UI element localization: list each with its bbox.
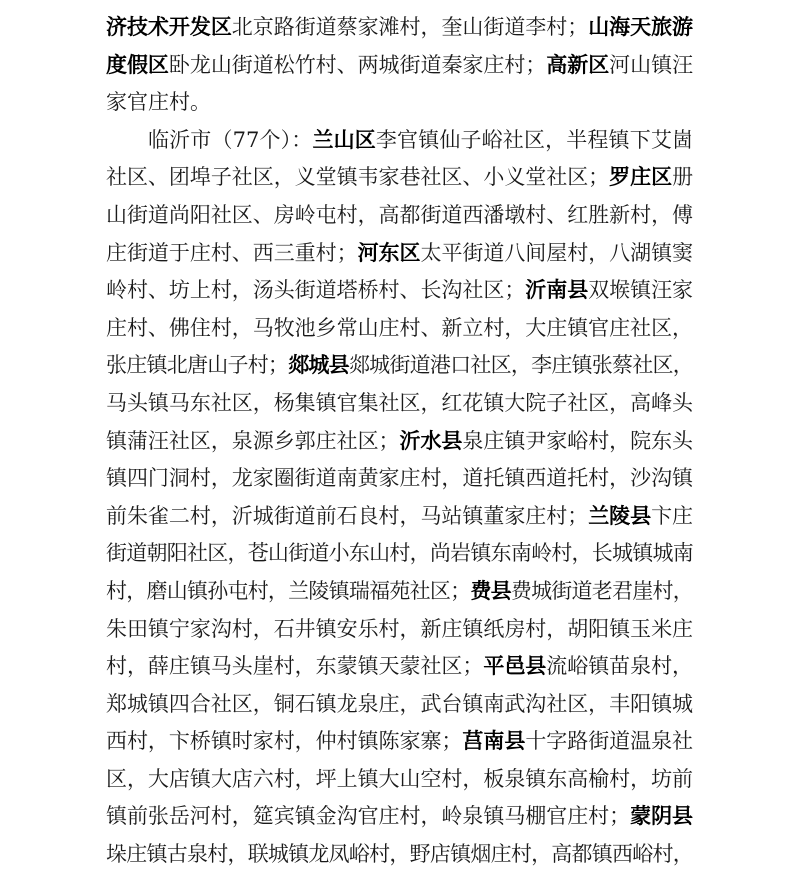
text-line: 度假区卧龙山街道松竹村、两城街道秦家庄村；高新区河山镇汪 <box>106 47 693 85</box>
village-list-text: 镇蒲汪社区，泉源乡郭庄社区； <box>106 429 400 453</box>
district-name: 河东区 <box>358 241 421 265</box>
document-page: 济技术开发区北京路街道蔡家滩村，奎山街道李村；山海天旅游度假区卧龙山街道松竹村、… <box>106 9 693 874</box>
text-line: 西村，卞桥镇时家村，仲村镇陈家寨；莒南县十字路街道温泉社 <box>106 723 693 761</box>
text-line: 朱田镇宁家沟村，石井镇安乐村，新庄镇纸房村，胡阳镇玉米庄 <box>106 611 693 649</box>
text-line: 家官庄村。 <box>106 84 693 122</box>
text-line: 村，磨山镇孙屯村，兰陵镇瑞福苑社区；费县费城街道老君崖村， <box>106 573 693 611</box>
village-list-text: 前朱雀二村，沂城街道前石良村，马站镇董家庄村； <box>106 504 588 528</box>
village-list-text: 太平街道八间屋村，八湖镇窦 <box>420 241 693 265</box>
district-name: 兰山区 <box>312 128 375 152</box>
district-name: 郯城县 <box>288 353 349 377</box>
village-list-text: 北京路街道蔡家滩村，奎山街道李村； <box>232 15 588 39</box>
text-line: 垛庄镇古泉村，联城镇龙凤峪村，野店镇烟庄村，高都镇西峪村， <box>106 836 693 874</box>
text-line: 马头镇马东社区，杨集镇官集社区，红花镇大院子社区，高峰头 <box>106 385 693 423</box>
village-list-text: 村，薛庄镇马头崖村，东蒙镇天蒙社区； <box>106 654 483 678</box>
district-name: 罗庄区 <box>609 165 672 189</box>
village-list-text: 费城街道老君崖村， <box>511 579 693 603</box>
village-list-text: 郯城街道港口社区，李庄镇张蔡社区， <box>349 353 693 377</box>
village-list-text: 山街道尚阳社区、房岭屯村，高都街道西潘墩村、红胜新村，傅 <box>106 203 693 227</box>
text-line: 区，大店镇大店六村，坪上镇大山空村，板泉镇东高榆村，坊前 <box>106 761 693 799</box>
village-list-text: 泉庄镇尹家峪村，院东头 <box>462 429 693 453</box>
village-list-text: 镇前张岳河村，筵宾镇金沟官庄村，岭泉镇马棚官庄村； <box>106 804 630 828</box>
village-list-text: 街道朝阳社区，苍山街道小东山村，尚岩镇东南岭村，长城镇城南 <box>106 541 693 565</box>
village-list-text: 马头镇马东社区，杨集镇官集社区，红花镇大院子社区，高峰头 <box>106 391 693 415</box>
village-list-text: 十字路街道温泉社 <box>525 729 693 753</box>
text-line: 郑城镇四合社区，铜石镇龙泉庄，武台镇南武沟社区，丰阳镇城 <box>106 686 693 724</box>
district-name: 高新区 <box>546 53 609 77</box>
village-list-text: 卧龙山街道松竹村、两城街道秦家庄村； <box>169 53 546 77</box>
text-line: 庄村、佛住村，马牧池乡常山庄村、新立村，大庄镇官庄社区， <box>106 310 693 348</box>
text-line: 街道朝阳社区，苍山街道小东山村，尚岩镇东南岭村，长城镇城南 <box>106 535 693 573</box>
text-line: 山街道尚阳社区、房岭屯村，高都街道西潘墩村、红胜新村，傅 <box>106 197 693 235</box>
village-list-text: 社区、团埠子社区，义堂镇韦家巷社区、小义堂社区； <box>106 165 609 189</box>
district-name: 沂南县 <box>525 278 588 302</box>
village-list-text: 岭村、坊上村，汤头街道塔桥村、长沟社区； <box>106 278 525 302</box>
text-line: 临沂市（77个）：兰山区李官镇仙子峪社区，半程镇下艾崮 <box>106 122 693 160</box>
text-line: 镇四门洞村，龙家圈街道南黄家庄村，道托镇西道托村，沙沟镇 <box>106 460 693 498</box>
district-name: 费县 <box>470 579 510 603</box>
village-list-text: 流峪镇苗泉村， <box>546 654 693 678</box>
district-name: 蒙阴县 <box>630 804 693 828</box>
text-line: 社区、团埠子社区，义堂镇韦家巷社区、小义堂社区；罗庄区册 <box>106 159 693 197</box>
village-list-text: 李官镇仙子峪社区，半程镇下艾崮 <box>376 128 693 152</box>
village-list-text: 郑城镇四合社区，铜石镇龙泉庄，武台镇南武沟社区，丰阳镇城 <box>106 692 693 716</box>
text-line: 前朱雀二村，沂城街道前石良村，马站镇董家庄村；兰陵县卞庄 <box>106 498 693 536</box>
village-list-text: 河山镇汪 <box>609 53 693 77</box>
village-list-text: 朱田镇宁家沟村，石井镇安乐村，新庄镇纸房村，胡阳镇玉米庄 <box>106 617 693 641</box>
text-line: 张庄镇北唐山子村；郯城县郯城街道港口社区，李庄镇张蔡社区， <box>106 347 693 385</box>
village-list-text: 临沂市（77个）： <box>148 128 312 152</box>
village-list-text: 镇四门洞村，龙家圈街道南黄家庄村，道托镇西道托村，沙沟镇 <box>106 466 693 490</box>
district-name: 平邑县 <box>483 654 546 678</box>
district-name: 济技术开发区 <box>106 15 232 39</box>
district-name: 山海天旅游 <box>588 15 693 39</box>
district-name: 沂水县 <box>400 429 463 453</box>
text-line: 镇蒲汪社区，泉源乡郭庄社区；沂水县泉庄镇尹家峪村，院东头 <box>106 423 693 461</box>
village-list-text: 垛庄镇古泉村，联城镇龙凤峪村，野店镇烟庄村，高都镇西峪村， <box>106 842 693 866</box>
village-list-text: 区，大店镇大店六村，坪上镇大山空村，板泉镇东高榆村，坊前 <box>106 767 693 791</box>
village-list-text: 家官庄村。 <box>106 90 211 114</box>
village-list-text: 庄街道于庄村、西三重村； <box>106 241 358 265</box>
text-line: 庄街道于庄村、西三重村；河东区太平街道八间屋村，八湖镇窦 <box>106 235 693 273</box>
district-name: 莒南县 <box>462 729 525 753</box>
village-list-text: 张庄镇北唐山子村； <box>106 353 288 377</box>
village-list-text: 村，磨山镇孙屯村，兰陵镇瑞福苑社区； <box>106 579 470 603</box>
district-name: 度假区 <box>106 53 169 77</box>
district-name: 兰陵县 <box>588 504 651 528</box>
village-list-text: 双堠镇汪家 <box>588 278 693 302</box>
text-line: 济技术开发区北京路街道蔡家滩村，奎山街道李村；山海天旅游 <box>106 9 693 47</box>
text-line: 村，薛庄镇马头崖村，东蒙镇天蒙社区；平邑县流峪镇苗泉村， <box>106 648 693 686</box>
village-list-text: 册 <box>672 165 693 189</box>
village-list-text: 卞庄 <box>651 504 693 528</box>
text-line: 岭村、坊上村，汤头街道塔桥村、长沟社区；沂南县双堠镇汪家 <box>106 272 693 310</box>
village-list-text: 庄村、佛住村，马牧池乡常山庄村、新立村，大庄镇官庄社区， <box>106 316 693 340</box>
text-line: 镇前张岳河村，筵宾镇金沟官庄村，岭泉镇马棚官庄村；蒙阴县 <box>106 798 693 836</box>
village-list-text: 西村，卞桥镇时家村，仲村镇陈家寨； <box>106 729 462 753</box>
